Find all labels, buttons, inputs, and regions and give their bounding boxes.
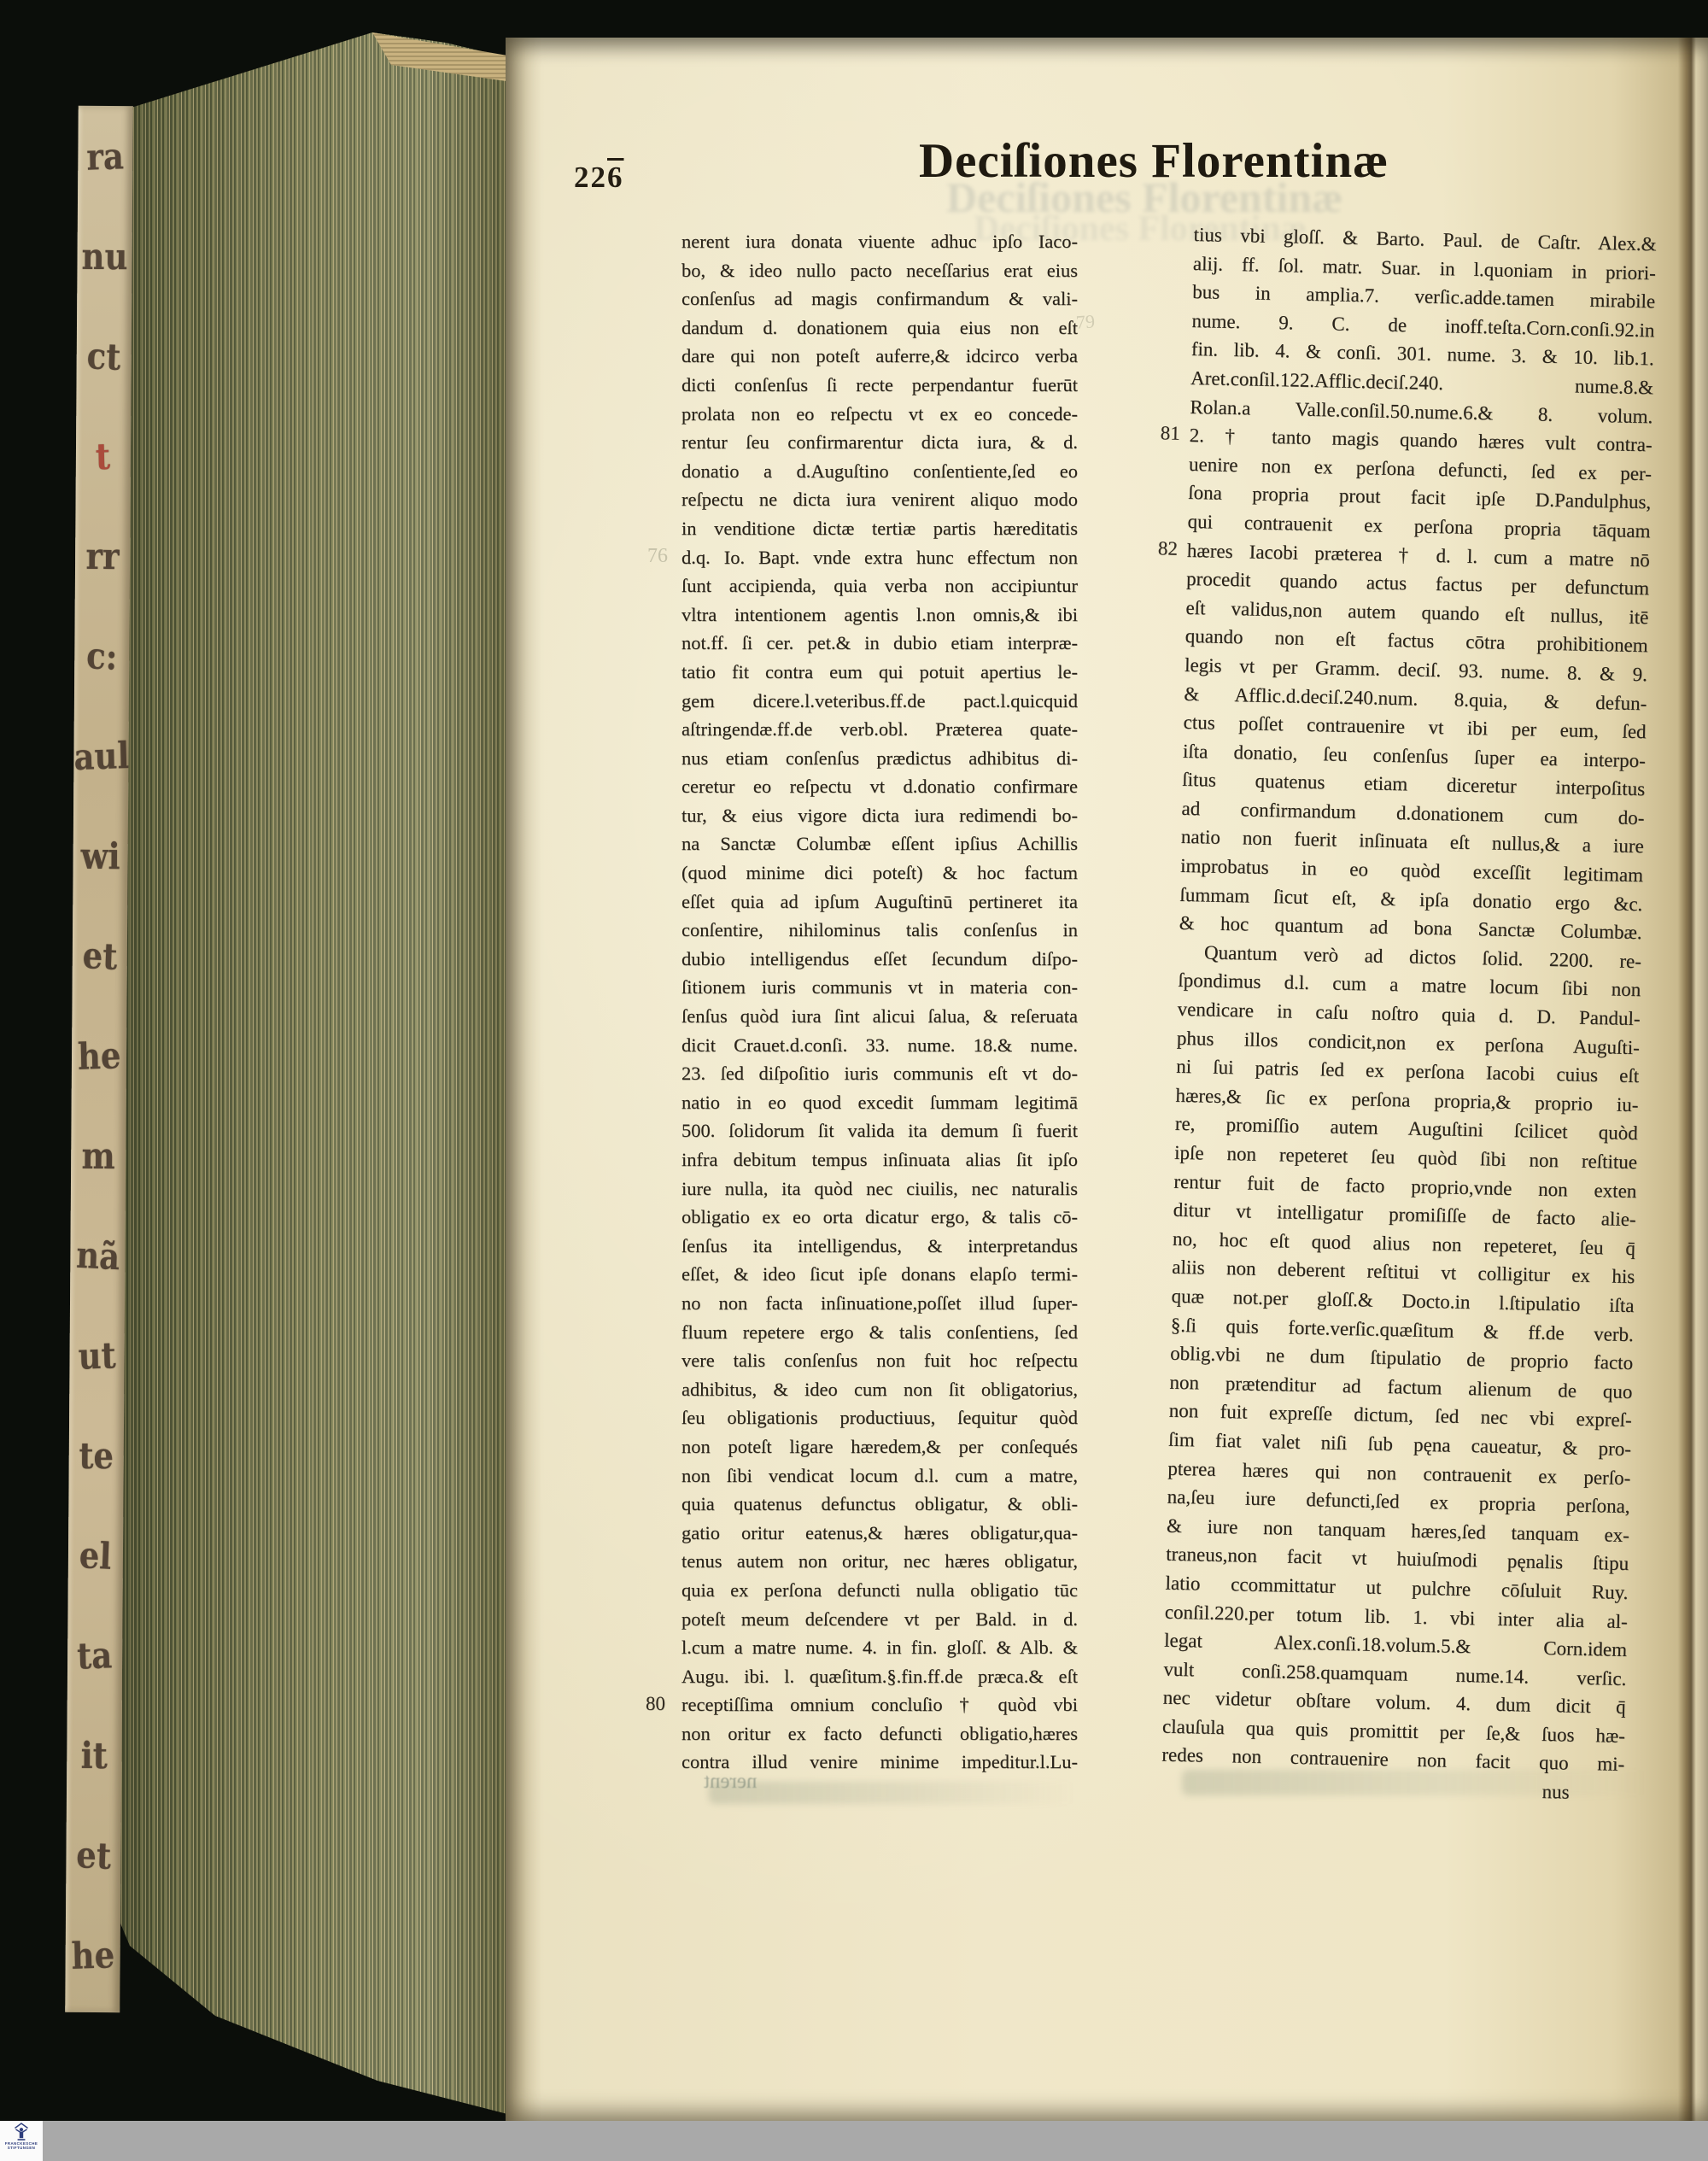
manuscript-glyph: et <box>74 1796 114 1912</box>
manuscript-glyph: el <box>78 1496 114 1613</box>
margin-note: 81 <box>1160 422 1180 444</box>
text-line: reſpectu ne dicta iura venirent aliquo m… <box>681 485 1078 514</box>
manuscript-glyph: c: <box>85 597 120 713</box>
manuscript-glyph: t <box>95 398 112 513</box>
text-line: tatio fit contra eum qui potuit apertius… <box>681 658 1078 687</box>
text-line: vere talis conſenſus non fuit hoc reſpec… <box>681 1346 1078 1375</box>
manuscript-glyph: wi <box>80 798 120 913</box>
text-line: non ſibi vendicat locum d.l. cum a matre… <box>681 1461 1078 1490</box>
running-title: Deciſiones Florentinæ <box>919 133 1389 189</box>
text-line: eſſet quia ad ipſum Auguſtinū pertineret… <box>681 887 1078 917</box>
logo-pictogram-icon <box>13 2123 30 2141</box>
manuscript-glyph: m <box>81 1098 115 1213</box>
page-number: 226226 <box>574 161 624 195</box>
text-line: adhibitus, & ideo cum non ſit obligatori… <box>681 1375 1078 1404</box>
text-line: nus etiam conſenſus prædictus adhibitus … <box>681 744 1078 773</box>
manuscript-glyph: nã <box>73 1197 121 1314</box>
text-line: fluum repetere ergo & talis conſentiens,… <box>681 1318 1078 1347</box>
text-line: infra debitum tempus inſinuata alias ſit… <box>681 1145 1078 1174</box>
show-through-folio-79: 79 <box>1075 310 1096 333</box>
text-line: gatio oritur eatenus,& hæres obligatur,q… <box>681 1519 1078 1548</box>
text-line: ſenſus quòd iura ſint alicui ſalua, & re… <box>681 1002 1078 1031</box>
text-line: ceretur eo reſpectu vt d.donatio confirm… <box>681 772 1078 801</box>
book-scan: ranucttrrc:aulwiethemnãutteeltaitethe De… <box>0 0 1708 2161</box>
text-line: dicit Crauet.d.conſi. 33. nume. 18.& num… <box>681 1031 1078 1060</box>
text-line: tenus autem non oritur, nec hæres obliga… <box>681 1547 1078 1576</box>
text-line: nerent iura donata viuente adhuc ipſo Ia… <box>681 227 1078 256</box>
text-line: obligatio ex eo orta dicatur ergo, & tal… <box>681 1203 1078 1232</box>
text-line: no non facta inſinuatione,poſſet illud ſ… <box>681 1289 1078 1318</box>
manuscript-glyph: ta <box>76 1597 114 1713</box>
text-line: dare qui non poteſt auferre,& idcirco ve… <box>681 342 1078 371</box>
manuscript-glyph: aul <box>72 697 130 814</box>
show-through-smudge-right <box>1182 1770 1647 1795</box>
text-line: poteſt meum deſcendere vt per Bald. in d… <box>681 1605 1078 1634</box>
margin-note: 82 <box>1158 537 1179 559</box>
show-through-smudge-left <box>709 1782 1076 1804</box>
text-line: quia ex perſona defuncti nulla obligatio… <box>681 1576 1078 1605</box>
text-line: ſunt accipienda, quia verba non accipiun… <box>681 571 1078 600</box>
text-line: l.cum a matre nume. 4. in fin. gloſſ. & … <box>681 1633 1078 1662</box>
manuscript-glyph: he <box>70 1896 116 2012</box>
text-column-right: tius vbi gloſſ. & Barto. Paul. de Caſtr.… <box>1161 220 1657 1808</box>
text-line: 23. ſed diſpoſitio iuris communis eſt vt… <box>681 1059 1078 1088</box>
text-line: ſeu obligationis productiuus, ſequitur q… <box>681 1403 1078 1432</box>
text-line: donatio a d.Auguſtino conſentiente,ſed e… <box>681 457 1078 486</box>
text-line: tur, & eius vigore dicta iura redimendi … <box>681 801 1078 830</box>
text-line: ſenſus ita intelligendus, & interpretand… <box>681 1232 1078 1261</box>
text-line: non oritur ex facto defuncti obligatio,h… <box>681 1719 1078 1748</box>
manuscript-glyph: it <box>80 1697 108 1813</box>
manuscript-glyph: et <box>80 897 120 1013</box>
text-line: ſitionem iuris communis vt in materia co… <box>681 973 1078 1002</box>
archive-logo: FRANCKESCHE STIFTUNGEN <box>0 2121 43 2161</box>
text-line: contra illud venire minime impeditur.l.L… <box>681 1748 1078 1777</box>
manuscript-glyph: nu <box>81 198 128 313</box>
manuscript-glyph: ct <box>85 297 123 413</box>
show-through-folio-76: 76 <box>647 545 668 568</box>
text-line: quia quatenus defunctus obligatur, & obl… <box>681 1490 1078 1519</box>
text-line: prolata non eo reſpectu vt ex eo concede… <box>681 400 1078 429</box>
manuscript-glyph: rr <box>85 498 120 613</box>
text-column-left: nerent iura donata viuente adhuc ipſo Ia… <box>681 227 1078 1777</box>
text-line: vltra intentionem agentis l.non omnis,& … <box>681 600 1078 630</box>
manuscript-glyph: ut <box>77 1297 117 1414</box>
text-line: d.q. Io. Bapt. vnde extra hunc effectum … <box>681 543 1078 572</box>
text-line: not.ff. ſi cer. pet.& in dubio etiam int… <box>681 629 1078 658</box>
text-line: dandum d. donationem quia eius non eſt <box>681 313 1078 343</box>
text-line: bo, & ideo nullo pacto neceſſarius erat … <box>681 256 1078 285</box>
text-line: conſentire, nihilominus talis conſenſus … <box>681 916 1078 945</box>
book-page: Deciſiones Florentinæ Deciſiones Florent… <box>506 38 1708 2121</box>
text-line: gem dicere.l.veteribus.ff.de pact.l.quic… <box>681 687 1078 716</box>
text-line: in venditione dictæ tertiæ partis hæredi… <box>681 514 1078 543</box>
text-line: receptiſſima omnium concluſio † quòd vbi <box>681 1690 1078 1719</box>
text-line: conſenſus ad magis confirmandum & vali- <box>681 284 1078 313</box>
text-line: na Sanctæ Columbæ eſſent ipſius Achillis <box>681 829 1078 858</box>
text-line: rentur ſeu confirmarentur dicta iura, & … <box>681 428 1078 457</box>
text-line: Augu. ibi. l. quæſitum.§.fin.ff.de præca… <box>681 1662 1078 1691</box>
text-line: 500. ſolidorum ſit valida ita demum ſi f… <box>681 1116 1078 1145</box>
manuscript-glyph: he <box>76 997 122 1113</box>
scan-bottom-bar: FRANCKESCHE STIFTUNGEN <box>0 2121 1708 2161</box>
text-line: aſtringendæ.ff.de verb.obl. Præterea qua… <box>681 715 1078 744</box>
margin-note: 80 <box>646 1693 665 1715</box>
text-line: non poteſt ligare hæredem,& per conſequé… <box>681 1432 1078 1461</box>
text-line: eſſet, & ideo ſicut ipſe donans elapſo t… <box>681 1260 1078 1289</box>
text-line: iure nulla, ita quòd nec ciuilis, nec na… <box>681 1174 1078 1203</box>
text-line: dubio intelligendus eſſet ſecundum diſpo… <box>681 945 1078 974</box>
text-line: dicti conſenſus ſi recte perpendantur fu… <box>681 371 1078 400</box>
text-line: (quod minime dici poteſt) & hoc factum <box>681 858 1078 887</box>
fore-edge-page-stack <box>79 24 516 2118</box>
manuscript-glyph: te <box>79 1397 114 1513</box>
text-line: natio in eo quod excedit ſummam legitimā <box>681 1088 1078 1117</box>
logo-text-line2: STIFTUNGEN <box>8 2146 36 2150</box>
